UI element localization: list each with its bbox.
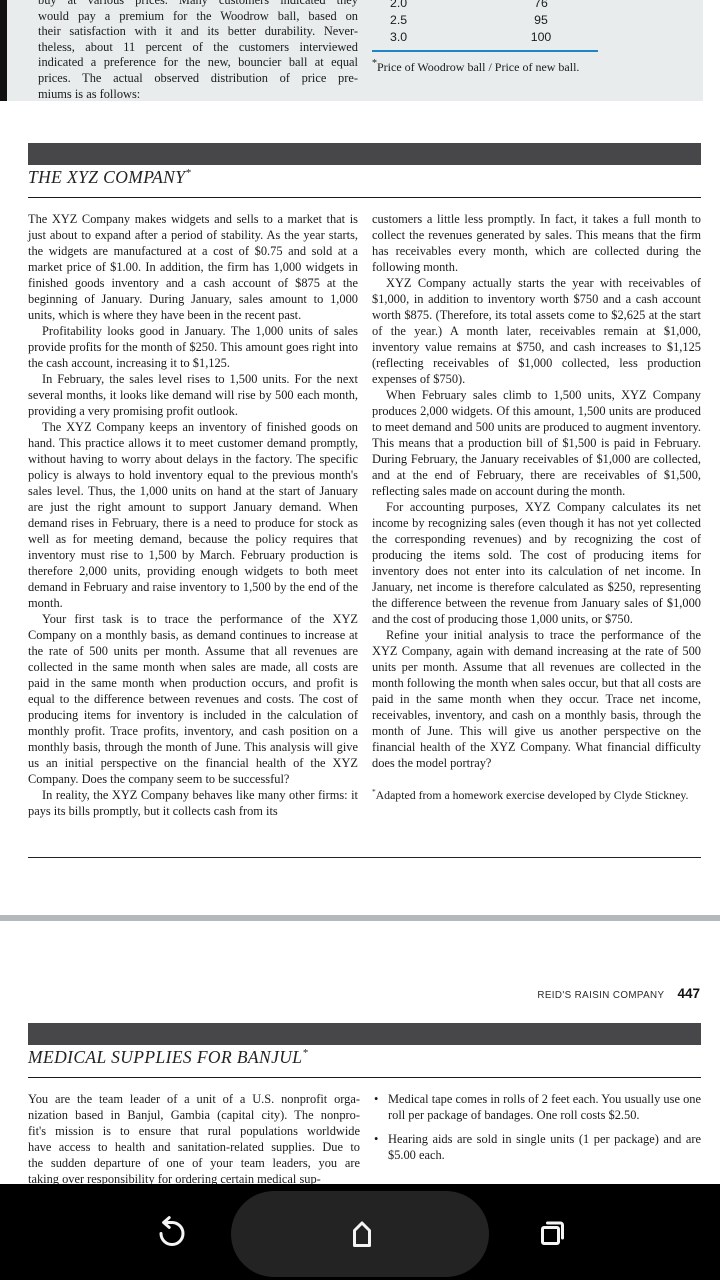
- bullet-text: Hearing aids are sold in single units (1…: [388, 1131, 701, 1163]
- page-number: 447: [677, 986, 700, 1001]
- back-icon: [152, 1215, 188, 1251]
- banjul-right-column: • Medical tape comes in rolls of 2 feet …: [372, 1091, 701, 1171]
- table-footnote: *Price of Woodrow ball / Price of new ba…: [372, 57, 600, 74]
- page-bottom-rule: [28, 857, 701, 858]
- banjul-left-column: You are the team leader of a unit of a U…: [28, 1091, 360, 1188]
- text-line: miums is as follows:: [38, 87, 358, 103]
- text-line: the sudden departure of one of your team…: [28, 1155, 360, 1171]
- table-row: 3.0 100: [372, 29, 600, 46]
- table-cell: 76: [482, 0, 600, 12]
- text-line: their satisfaction with it and its bette…: [38, 24, 358, 40]
- title-asterisk: *: [185, 167, 191, 179]
- text-line: prices. The actual observed distribution…: [38, 71, 358, 87]
- section-header-bar: [28, 143, 701, 165]
- body-paragraph: XYZ Company actually starts the year wit…: [372, 275, 701, 387]
- bullet-marker: •: [372, 1131, 388, 1163]
- pdf-page-view[interactable]: buy at various prices. Many customers in…: [0, 0, 720, 1280]
- table-cell: 95: [482, 12, 600, 29]
- body-paragraph: In reality, the XYZ Company behaves like…: [28, 787, 358, 819]
- back-button[interactable]: [152, 1215, 188, 1251]
- previous-page-text-column: buy at various prices. Many customers in…: [38, 0, 358, 102]
- text-line: You are the team leader of a unit of a U…: [28, 1091, 360, 1107]
- title-asterisk: *: [302, 1047, 308, 1059]
- running-head: REID'S RAISIN COMPANY 447: [537, 986, 700, 1001]
- section-header-bar: [28, 1023, 701, 1045]
- section-title-xyz: THE XYZ COMPANY*: [28, 167, 701, 188]
- section-title-rule: [28, 197, 701, 198]
- text-line: fit's mission is to ensure that rural po…: [28, 1123, 360, 1139]
- xyz-right-column: customers a little less promptly. In fac…: [372, 211, 701, 802]
- text-line: have access to health and sanitation-rel…: [28, 1139, 360, 1155]
- table-cell: 100: [482, 29, 600, 46]
- body-paragraph: The XYZ Company makes widgets and sells …: [28, 211, 358, 323]
- table-rule: [372, 50, 598, 52]
- xyz-left-column: The XYZ Company makes widgets and sells …: [28, 211, 358, 819]
- page-edge-shadow: [0, 0, 7, 101]
- text-line: buy at various prices. Many customers in…: [38, 0, 358, 9]
- section-title-text: THE XYZ COMPANY: [28, 167, 185, 187]
- footnote-text: Price of Woodrow ball / Price of new bal…: [377, 60, 579, 74]
- text-line: theless, about 11 percent of the custome…: [38, 40, 358, 56]
- body-paragraph: customers a little less promptly. In fac…: [372, 211, 701, 275]
- text-line: indicated a preference for the new, boun…: [38, 55, 358, 71]
- price-premium-table: 2.0 76 2.5 95 3.0 100 *Price of Woodrow …: [372, 0, 600, 74]
- table-cell: 2.0: [372, 0, 482, 12]
- table-cell: 2.5: [372, 12, 482, 29]
- section-title-banjul: MEDICAL SUPPLIES FOR BANJUL*: [28, 1047, 701, 1068]
- recents-button[interactable]: [535, 1215, 571, 1251]
- table-cell: 3.0: [372, 29, 482, 46]
- footnote-text: Adapted from a homework exercise develop…: [376, 788, 689, 802]
- home-icon: [344, 1215, 380, 1251]
- section-title-text: MEDICAL SUPPLIES FOR BANJUL: [28, 1047, 302, 1067]
- bullet-text: Medical tape comes in rolls of 2 feet ea…: [388, 1091, 701, 1123]
- text-line: would pay a premium for the Woodrow ball…: [38, 9, 358, 25]
- body-paragraph: In February, the sales level rises to 1,…: [28, 371, 358, 419]
- previous-page-fragment: buy at various prices. Many customers in…: [0, 0, 720, 103]
- body-paragraph: When February sales climb to 1,500 units…: [372, 387, 701, 499]
- case-footnote: *Adapted from a homework exercise develo…: [372, 785, 701, 802]
- bullet-item: • Medical tape comes in rolls of 2 feet …: [372, 1091, 701, 1123]
- body-paragraph: Your first task is to trace the performa…: [28, 611, 358, 787]
- body-paragraph: Refine your initial analysis to trace th…: [372, 627, 701, 771]
- section-title-rule: [28, 1077, 701, 1078]
- table-row: 2.0 76: [372, 0, 600, 12]
- home-button[interactable]: [344, 1215, 380, 1251]
- text-line: nization based in Banjul, Gambia (capita…: [28, 1107, 360, 1123]
- table-row: 2.5 95: [372, 12, 600, 29]
- page-break-band: [0, 915, 720, 921]
- running-head-title: REID'S RAISIN COMPANY: [537, 990, 664, 1001]
- body-paragraph: The XYZ Company keeps an inventory of fi…: [28, 419, 358, 611]
- bullet-marker: •: [372, 1091, 388, 1123]
- recents-icon: [535, 1215, 571, 1251]
- body-paragraph: For accounting purposes, XYZ Company cal…: [372, 499, 701, 627]
- bullet-item: • Hearing aids are sold in single units …: [372, 1131, 701, 1163]
- android-nav-bar: [0, 1184, 720, 1280]
- body-paragraph: Profitability looks good in January. The…: [28, 323, 358, 371]
